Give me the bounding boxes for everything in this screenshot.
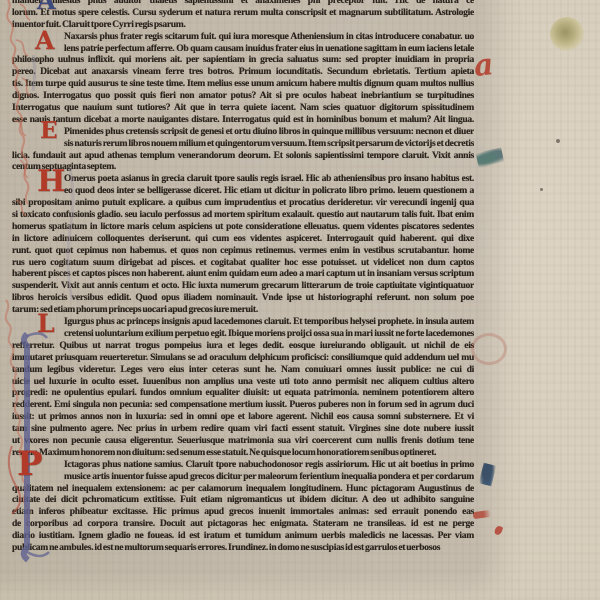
initial-A-anaxarsis: A (35, 26, 54, 55)
red-ring-stain (471, 333, 507, 365)
initial-A-blue-cut: A (37, 0, 56, 15)
dark-speck (540, 188, 543, 191)
margin-annotation-letter: a (472, 47, 495, 84)
initial-E-epimenides: E (40, 117, 58, 144)
red-ink-mark (473, 510, 492, 519)
initial-H-homerus: H (37, 164, 65, 199)
penwork-border (0, 0, 110, 600)
dark-speck (556, 139, 560, 143)
gray-flourish-small (33, 55, 35, 91)
gray-flourish (68, 168, 73, 300)
wax-stain (550, 17, 584, 51)
red-ink-dot (494, 525, 504, 536)
initial-L-ligurgus: L (37, 309, 55, 338)
manuscript-page: A mander milesius phus auditor thaletis … (0, 0, 600, 600)
initial-P-pictagoras: P (17, 444, 43, 484)
